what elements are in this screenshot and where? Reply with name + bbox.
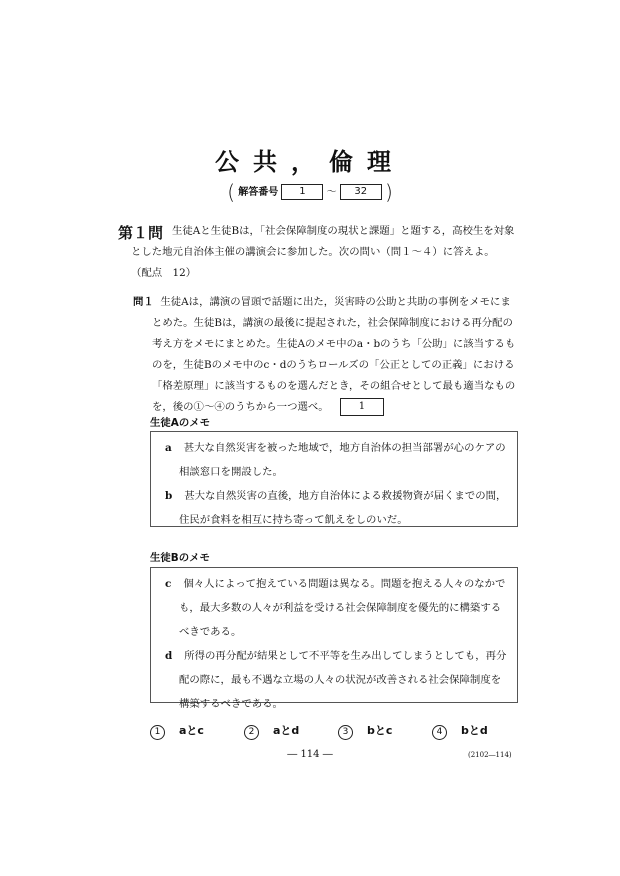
subquestion-line6: を，後の①～④のうちから一つ選べ。: [152, 401, 329, 413]
choice-text: bとd: [461, 724, 488, 737]
memo-item-text: 個々人によって抱えている問題は異なる。問題を抱える人々のなかでも，最大多数の人々…: [179, 578, 505, 638]
memo-item-c: c個々人によって抱えている問題は異なる。問題を抱える人々のなかでも，最大多数の人…: [151, 572, 517, 644]
answer-number-label: 解答番号: [238, 187, 278, 198]
memo-b-title: 生徒Bのメモ: [150, 549, 210, 564]
choice-2: 2aとd: [244, 722, 338, 740]
memo-item-a: a甚大な自然災害を被った地域で，地方自治体の担当部署が心のケアの相談窓口を開設し…: [151, 436, 517, 484]
choice-4: 4bとd: [432, 722, 526, 740]
memo-item-label: b: [165, 490, 172, 502]
answer-range-end-box: 32: [340, 184, 382, 200]
page-title: 公共，倫理: [0, 142, 620, 177]
memo-item-label: c: [165, 578, 171, 590]
subquestion-label: 問１: [133, 296, 154, 308]
subquestion-body: とめた。生徒Bは，講演の最後に提起された，社会保障制度における再分配の 考え方を…: [152, 313, 532, 418]
answer-choices: 1aとc 2aとd 3bとc 4bとd: [150, 722, 530, 740]
close-paren: ): [385, 180, 393, 204]
memo-b-box: c個々人によって抱えている問題は異なる。問題を抱える人々のなかでも，最大多数の人…: [150, 567, 518, 703]
question-intro-line1: 生徒Aと生徒Bは，「社会保障制度の現状と課題」と題する，高校生を対象: [172, 221, 532, 242]
memo-a-box: a甚大な自然災害を被った地域で，地方自治体の担当部署が心のケアの相談窓口を開設し…: [150, 431, 518, 527]
open-paren: (: [227, 180, 235, 204]
range-separator: ～: [327, 187, 337, 198]
circled-number-icon: 4: [432, 725, 447, 740]
choice-text: aとc: [179, 724, 204, 737]
question-points: （配点 12）: [131, 263, 531, 284]
memo-item-label: d: [165, 650, 172, 662]
choice-text: aとd: [273, 724, 299, 737]
question-heading: 第１問: [118, 222, 163, 243]
subquestion-line4: のを，生徒Bのメモ中のc・dのうちロールズの「公正としての正義」における: [152, 355, 532, 376]
circled-number-icon: 1: [150, 725, 165, 740]
page-number: ― 114 ―: [0, 749, 620, 760]
memo-item-b: b甚大な自然災害の直後，地方自治体による救援物資が届くまでの間，住民が食料を相互…: [151, 484, 517, 532]
circled-number-icon: 3: [338, 725, 353, 740]
memo-item-text: 甚大な自然災害を被った地域で，地方自治体の担当部署が心のケアの相談窓口を開設した…: [179, 442, 506, 478]
answer-number-range: ( 解答番号 1 ～ 32 ): [0, 180, 620, 204]
subquestion-line2: とめた。生徒Bは，講演の最後に提起された，社会保障制度における再分配の: [152, 313, 532, 334]
subquestion-line1-wrap: 問１ 生徒Aは，講演の冒頭で話題に出た，災害時の公助と共助の事例をメモにま: [133, 292, 533, 313]
memo-item-d: d所得の再分配が結果として不平等を生み出してしまうとしても，再分配の際に，最も不…: [151, 644, 517, 716]
memo-item-text: 甚大な自然災害の直後，地方自治体による救援物資が届くまでの間，住民が食料を相互に…: [179, 490, 506, 526]
circled-number-icon: 2: [244, 725, 259, 740]
answer-range-start-box: 1: [281, 184, 323, 200]
question-intro-line2: とした地元自治体主催の講演会に参加した。次の問い（問１～４）に答えよ。: [131, 242, 531, 263]
memo-item-label: a: [165, 442, 172, 454]
subquestion-line5: 「格差原理」に該当するものを選んだとき，その組合せとして最も適当なもの: [152, 376, 532, 397]
question-intro-rest: とした地元自治体主催の講演会に参加した。次の問い（問１～４）に答えよ。 （配点 …: [131, 242, 531, 284]
subquestion-line3: 考え方をメモにまとめた。生徒Aのメモ中のa・bのうち「公助」に該当するも: [152, 334, 532, 355]
memo-item-text: 所得の再分配が結果として不平等を生み出してしまうとしても，再分配の際に，最も不遇…: [179, 650, 506, 710]
choice-1: 1aとc: [150, 722, 244, 740]
choice-3: 3bとc: [338, 722, 432, 740]
answer-box-1: 1: [340, 398, 384, 416]
page-code: (2102―114): [468, 751, 512, 759]
subquestion-line1: 生徒Aは，講演の冒頭で話題に出た，災害時の公助と共助の事例をメモにま: [160, 296, 510, 308]
memo-a-title: 生徒Aのメモ: [150, 414, 210, 429]
choice-text: bとc: [367, 724, 392, 737]
